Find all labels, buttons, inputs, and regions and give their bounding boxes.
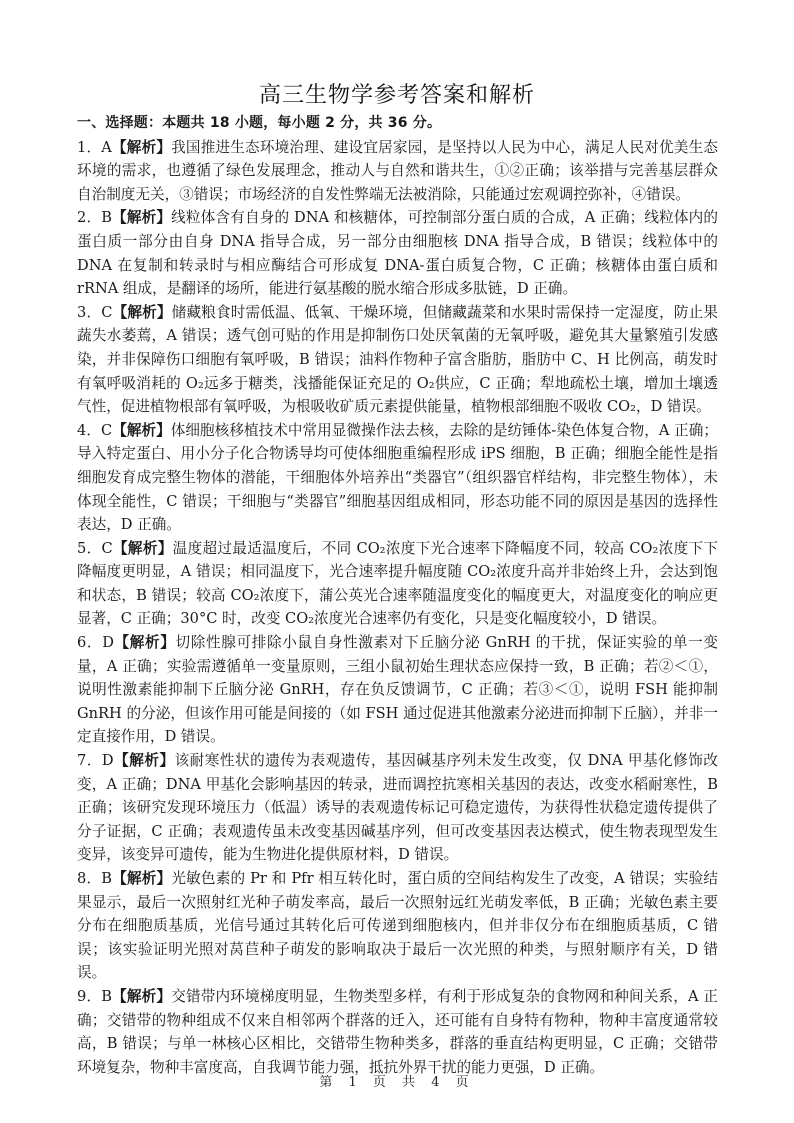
item-number: 3． [77, 304, 101, 321]
item-answer: D [102, 634, 114, 651]
item-text: 温度超过最适温度后，不同 CO₂浓度下光合速率下降幅度不同，较高 CO₂浓度下下… [77, 540, 718, 628]
item-text: 储藏粮食时需低温、低氧、干燥环境，但储藏蔬菜和水果时需保持一定湿度，防止果蔬失水… [77, 304, 718, 415]
item-number: 9． [77, 988, 101, 1005]
analysis-tag: 【解析】 [112, 870, 171, 887]
analysis-tag: 【解析】 [114, 634, 176, 651]
item-answer: B [101, 209, 112, 226]
analysis-tag: 【解析】 [112, 304, 171, 321]
item-answer: B [101, 870, 112, 887]
document-body: 一、选择题：本题共 18 小题，每小题 2 分，共 36 分。 1．A【解析】我… [77, 112, 718, 1079]
answer-item-7: 7．D【解析】该耐寒性状的遗传为表观遗传，基因碱基序列未发生改变，仅 DNA 甲… [77, 749, 718, 867]
item-number: 1． [77, 139, 101, 156]
analysis-tag: 【解析】 [114, 752, 175, 769]
answer-item-9: 9．B【解析】交错带内环境梯度明显，生物类型多样，有利于形成复杂的食物网和种间关… [77, 985, 718, 1079]
analysis-tag: 【解析】 [112, 139, 171, 156]
analysis-tag: 【解析】 [113, 540, 173, 557]
item-number: 6． [77, 634, 102, 651]
answer-item-2: 2．B【解析】线粒体含有自身的 DNA 和核糖体，可控制部分蛋白质的合成，A 正… [77, 206, 718, 300]
answer-item-8: 8．B【解析】光敏色素的 Pr 和 Pfr 相互转化时，蛋白质的空间结构发生了改… [77, 867, 718, 985]
item-text: 体细胞核移植技术中常用显微操作法去核，去除的是纺锤体-染色体复合物，A 正确；导… [77, 422, 718, 533]
item-number: 5． [77, 540, 102, 557]
item-answer: C [102, 540, 113, 557]
item-answer: C [101, 422, 112, 439]
answer-item-3: 3．C【解析】储藏粮食时需低温、低氧、干燥环境，但储藏蔬菜和水果时需保持一定湿度… [77, 301, 718, 419]
answer-item-1: 1．A【解析】我国推进生态环境治理、建设宜居家园，是坚持以人民为中心，满足人民对… [77, 136, 718, 207]
item-number: 7． [77, 752, 102, 769]
analysis-tag: 【解析】 [112, 209, 171, 226]
item-number: 2． [77, 209, 101, 226]
item-answer: B [101, 988, 112, 1005]
analysis-tag: 【解析】 [112, 422, 171, 439]
document-page: 高三生物学参考答案和解析 一、选择题：本题共 18 小题，每小题 2 分，共 3… [0, 0, 794, 1123]
document-title: 高三生物学参考答案和解析 [0, 78, 794, 109]
page-footer: 第 1 页 共 4 页 [0, 1071, 794, 1090]
answer-item-5: 5．C【解析】温度超过最适温度后，不同 CO₂浓度下光合速率下降幅度不同，较高 … [77, 537, 718, 631]
item-answer: A [101, 139, 112, 156]
item-text: 光敏色素的 Pr 和 Pfr 相互转化时，蛋白质的空间结构发生了改变，A 错误；… [77, 870, 718, 981]
item-text: 交错带内环境梯度明显，生物类型多样，有利于形成复杂的食物网和种间关系，A 正确；… [77, 988, 718, 1076]
item-text: 我国推进生态环境治理、建设宜居家园，是坚持以人民为中心，满足人民对优美生态环境的… [77, 139, 718, 203]
item-answer: D [102, 752, 114, 769]
item-answer: C [101, 304, 112, 321]
answer-item-4: 4．C【解析】体细胞核移植技术中常用显微操作法去核，去除的是纺锤体-染色体复合物… [77, 419, 718, 537]
item-number: 4． [77, 422, 101, 439]
answer-item-6: 6．D【解析】切除性腺可排除小鼠自身性激素对下丘脑分泌 GnRH 的干扰，保证实… [77, 631, 718, 749]
section-heading: 一、选择题：本题共 18 小题，每小题 2 分，共 36 分。 [77, 112, 718, 136]
item-number: 8． [77, 870, 101, 887]
item-text: 线粒体含有自身的 DNA 和核糖体，可控制部分蛋白质的合成，A 正确；线粒体内的… [77, 209, 718, 297]
analysis-tag: 【解析】 [112, 988, 171, 1005]
